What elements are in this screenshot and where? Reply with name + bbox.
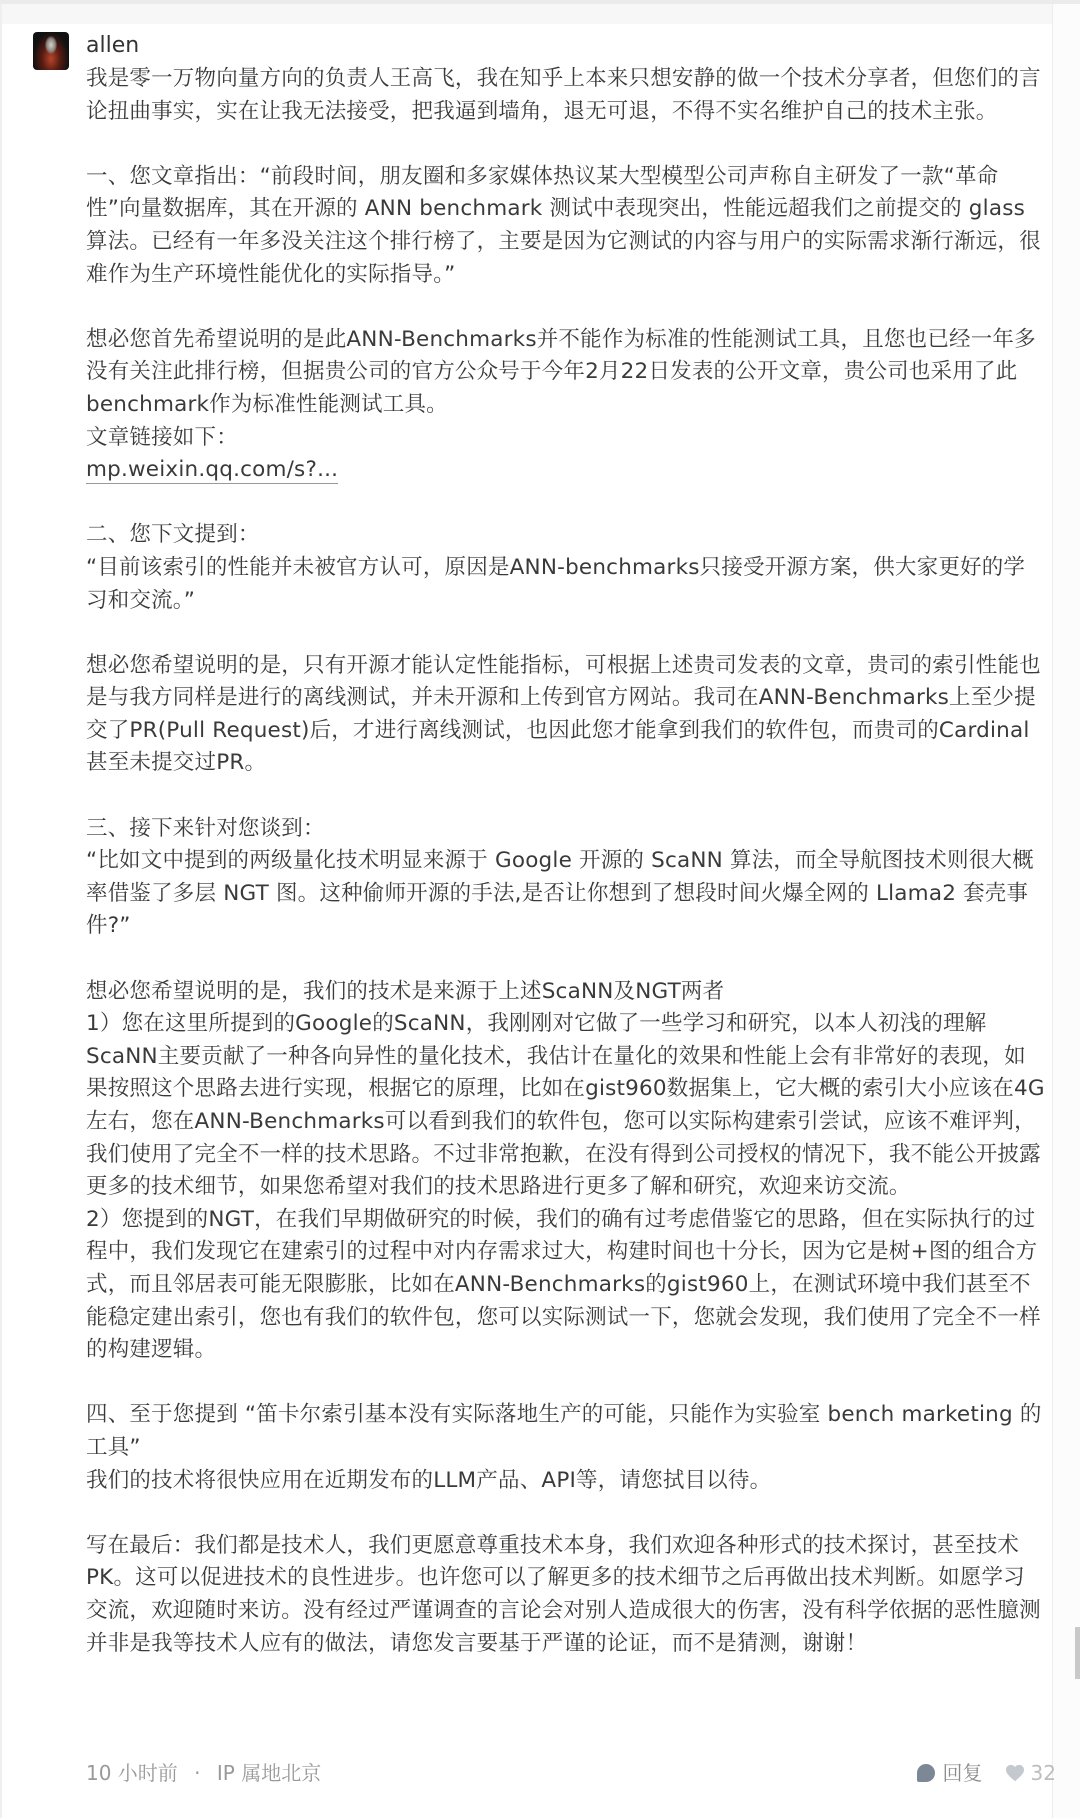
comment-actions: 回复 32	[917, 1758, 1056, 1788]
like-count: 32	[1031, 1758, 1056, 1788]
paragraph: “比如文中提到的两级量化技术明显来源于 Google 开源的 ScaNN 算法，…	[86, 845, 1046, 943]
paragraph: 文章链接如下：	[86, 422, 1046, 455]
paragraph-spacer	[86, 1367, 1046, 1400]
paragraph: 2）您提到的NGT，在我们早期做研究的时候，我们的确有过考虑借鉴它的思路，但在实…	[86, 1204, 1046, 1367]
reply-button[interactable]: 回复	[917, 1758, 983, 1788]
paragraph-spacer	[86, 487, 1046, 520]
paragraph: 写在最后：我们都是技术人，我们更愿意尊重技术本身，我们欢迎各种形式的技术探讨，甚…	[86, 1530, 1046, 1660]
paragraph-spacer	[86, 943, 1046, 976]
paragraph-spacer	[86, 1497, 1046, 1530]
link-paragraph: mp.weixin.qq.com/s?...	[86, 454, 1046, 487]
separator: ·	[194, 1761, 200, 1785]
paragraph: 三、接下来针对您谈到：	[86, 813, 1046, 846]
heart-icon	[1005, 1764, 1025, 1782]
paragraph: 想必您首先希望说明的是此ANN-Benchmarks并不能作为标准的性能测试工具…	[86, 324, 1046, 422]
like-button[interactable]: 32	[1005, 1758, 1056, 1788]
scrollbar-thumb[interactable]	[1075, 1627, 1080, 1679]
paragraph-spacer	[86, 617, 1046, 650]
comment-content: 我是零一万物向量方向的负责人王高飞，我在知乎上本来只想安静的做一个技术分享者，但…	[86, 63, 1046, 1660]
comment-footer: 10 小时前 · IP 属地北京 回复 32	[86, 1758, 1071, 1788]
comment-meta: 10 小时前 · IP 属地北京	[86, 1758, 321, 1788]
timestamp: 10 小时前	[86, 1761, 178, 1785]
paragraph-spacer	[86, 291, 1046, 324]
paragraph: 一、您文章指出：“前段时间，朋友圈和多家媒体热议某大型模型公司声称自主研发了一款…	[86, 161, 1046, 291]
top-band	[2, 4, 1052, 24]
paragraph: “目前该索引的性能并未被官方认可，原因是ANN-benchmarks只接受开源方…	[86, 552, 1046, 617]
paragraph: 二、您下文提到：	[86, 519, 1046, 552]
ip-location: IP 属地北京	[217, 1761, 321, 1785]
paragraph: 想必您希望说明的是，只有开源才能认定性能指标，可根据上述贵司发表的文章，贵司的索…	[86, 650, 1046, 780]
reply-label: 回复	[943, 1758, 983, 1788]
paragraph-spacer	[86, 128, 1046, 161]
comment-body: allen 我是零一万物向量方向的负责人王高飞，我在知乎上本来只想安静的做一个技…	[86, 32, 1071, 1660]
paragraph-spacer	[86, 780, 1046, 813]
left-border	[0, 4, 2, 1818]
paragraph: 我是零一万物向量方向的负责人王高飞，我在知乎上本来只想安静的做一个技术分享者，但…	[86, 63, 1046, 128]
paragraph: 1）您在这里所提到的Google的ScaNN，我刚刚对它做了一些学习和研究，以本…	[86, 1008, 1046, 1204]
avatar[interactable]	[33, 32, 69, 70]
paragraph: 四、至于您提到 “笛卡尔索引基本没有实际落地生产的可能，只能作为实验室 benc…	[86, 1399, 1046, 1464]
paragraph: 我们的技术将很快应用在近期发布的LLM产品、API等，请您拭目以待。	[86, 1465, 1046, 1498]
reply-bubble-icon	[917, 1764, 935, 1782]
author-name[interactable]: allen	[86, 31, 1071, 61]
avatar-image-icon	[45, 36, 57, 54]
paragraph: 想必您希望说明的是，我们的技术是来源于上述ScaNN及NGT两者	[86, 976, 1046, 1009]
article-link[interactable]: mp.weixin.qq.com/s?...	[86, 457, 338, 484]
